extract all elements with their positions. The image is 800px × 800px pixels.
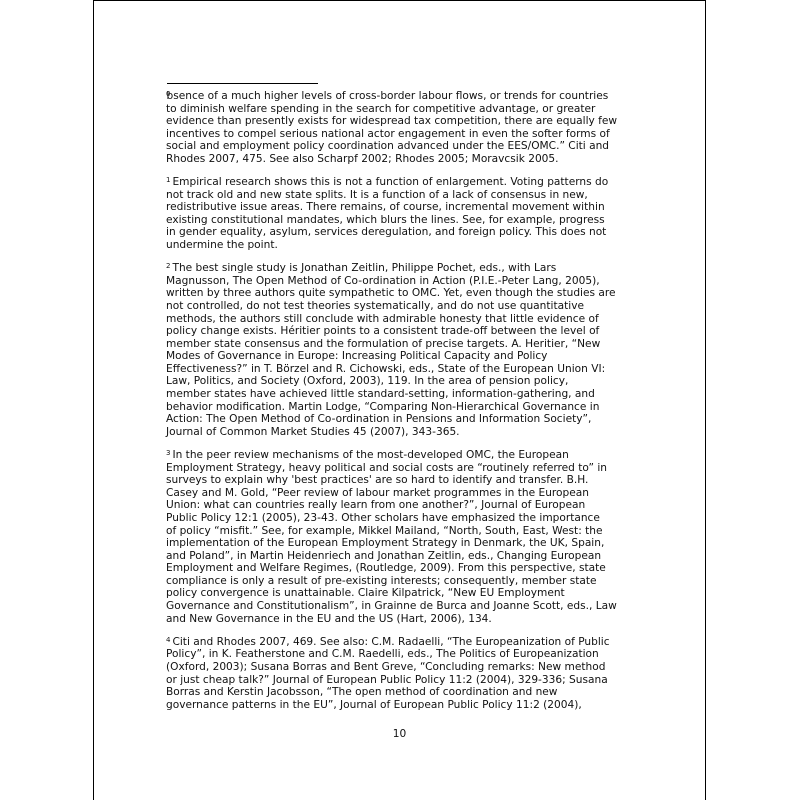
footnote-line: Journal of Common Market Studies 45 (200… <box>166 426 638 439</box>
footnote-line: 4Citi and Rhodes 2007, 469. See also: C.… <box>166 636 638 649</box>
footnote-line: written by three authors quite sympathet… <box>166 287 638 300</box>
continued-footnote: 0bsence of a much higher levels of cross… <box>166 90 638 166</box>
footnote-line: surveys to explain why 'best practices' … <box>166 474 638 487</box>
footnote-line: or just cheap talk?” Journal of European… <box>166 674 638 687</box>
footnote-line: implementation of the European Employmen… <box>166 537 638 550</box>
footnote-line: Law, Politics, and Society (Oxford, 2003… <box>166 375 638 388</box>
footnote-line: Employment and Welfare Regimes, (Routled… <box>166 562 638 575</box>
footnote-line: undermine the point. <box>166 239 638 252</box>
footnote-line: and Poland”, in Martin Heidenriech and J… <box>166 550 638 563</box>
footnote-number: 1 <box>166 176 170 184</box>
footnote-3: 3In the peer review mechanisms of the mo… <box>166 449 638 625</box>
footnote-line: 1Empirical research shows this is not a … <box>166 176 638 189</box>
footnote-line: not controlled, do not test theories sys… <box>166 300 638 313</box>
footnote-line: in gender equality, asylum, services der… <box>166 226 638 239</box>
footnote-line: 3In the peer review mechanisms of the mo… <box>166 449 638 462</box>
footnote-line: Rhodes 2007, 475. See also Scharpf 2002;… <box>166 153 638 166</box>
footnote-line: existing constitutional mandates, which … <box>166 214 638 227</box>
footnotes-area: 0bsence of a much higher levels of cross… <box>166 77 638 722</box>
footnote-line: Casey and M. Gold, “Peer review of labou… <box>166 487 638 500</box>
footnote-number: 4 <box>166 636 170 644</box>
footnote-line: of policy “misfit.” See, for example, Mi… <box>166 525 638 538</box>
footnote-line: social and employment policy coordinatio… <box>166 140 638 153</box>
footnote-number: 2 <box>166 262 170 270</box>
footnote-line: Effectiveness?” in T. Börzel and R. Cich… <box>166 363 638 376</box>
footnote-line: methods, the authors still conclude with… <box>166 313 638 326</box>
footnote-line: compliance is only a result of pre-exist… <box>166 575 638 588</box>
footnote-line: Union: what can countries really learn f… <box>166 499 638 512</box>
footnote-line: not track old and new state splits. It i… <box>166 189 638 202</box>
footnote-line: Action: The Open Method of Co-ordination… <box>166 413 638 426</box>
footnote-line: Employment Strategy, heavy political and… <box>166 462 638 475</box>
footnote-line: policy convergence is unattainable. Clai… <box>166 587 638 600</box>
footnote-line: to diminish welfare spending in the sear… <box>166 103 638 116</box>
footnote-line: (Oxford, 2003); Susana Borras and Bent G… <box>166 661 638 674</box>
page-number: 10 <box>94 728 705 740</box>
footnote-line: member state consensus and the formulati… <box>166 338 638 351</box>
footnote-separator-rule <box>167 83 318 84</box>
footnote-1: 1Empirical research shows this is not a … <box>166 176 638 252</box>
footnote-2: 2The best single study is Jonathan Zeitl… <box>166 262 638 438</box>
footnote-line: governance patterns in the EU”, Journal … <box>166 699 638 712</box>
footnote-line: member states have achieved little stand… <box>166 388 638 401</box>
footnote-line: policy change exists. Héritier points to… <box>166 325 638 338</box>
footnote-line: Public Policy 12:1 (2005), 23-43. Other … <box>166 512 638 525</box>
footnote-line: redistributive issue areas. There remain… <box>166 201 638 214</box>
footnote-line: behavior modification. Martin Lodge, “Co… <box>166 401 638 414</box>
document-page: 0bsence of a much higher levels of cross… <box>93 0 706 800</box>
footnote-line: and New Governance in the EU and the US … <box>166 613 638 626</box>
footnote-line: Modes of Governance in Europe: Increasin… <box>166 350 638 363</box>
footnote-line: Governance and Constitutionalism”, in Gr… <box>166 600 638 613</box>
footnote-line: Magnusson, The Open Method of Co-ordinat… <box>166 275 638 288</box>
footnote-4: 4Citi and Rhodes 2007, 469. See also: C.… <box>166 636 638 712</box>
footnote-line: evidence than presently exists for wides… <box>166 115 638 128</box>
footnote-line: 0bsence of a much higher levels of cross… <box>166 90 638 103</box>
footnote-line: 2The best single study is Jonathan Zeitl… <box>166 262 638 275</box>
footnote-line: Borras and Kerstin Jacobsson, “The open … <box>166 686 638 699</box>
footnote-line: incentives to compel serious national ac… <box>166 128 638 141</box>
footnote-number: 3 <box>166 449 170 457</box>
footnote-line: Policy”, in K. Featherstone and C.M. Rae… <box>166 648 638 661</box>
